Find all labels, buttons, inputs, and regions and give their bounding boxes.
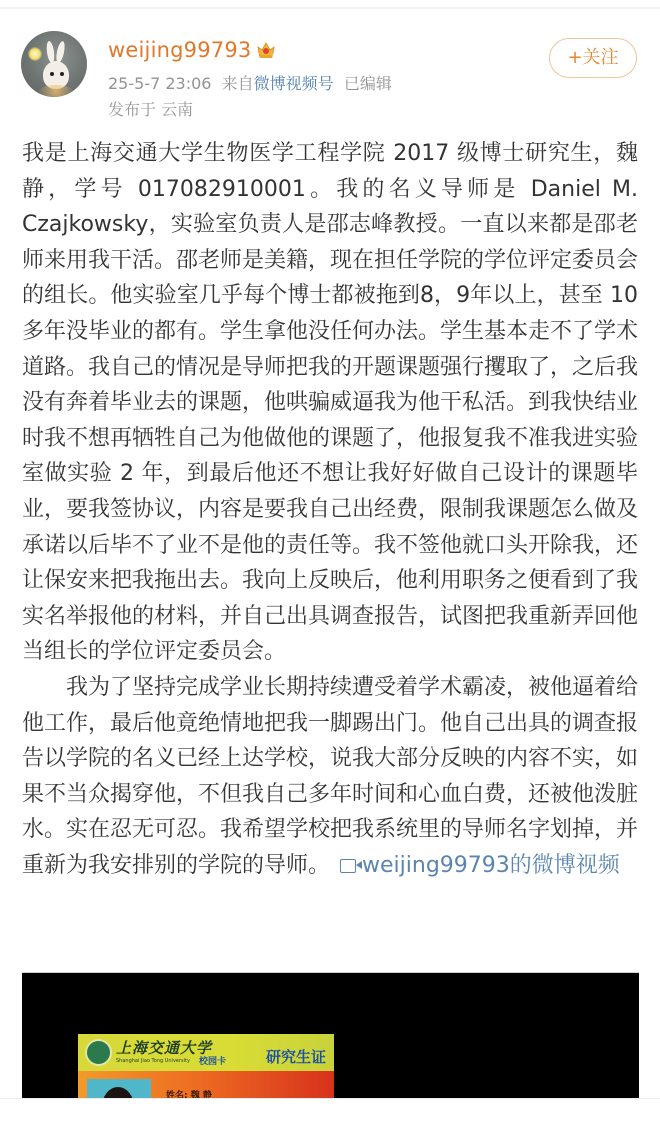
follow-button[interactable]: +关注 [549, 38, 637, 78]
svg-text:1: 1 [271, 54, 275, 60]
bottom-divider [0, 1098, 660, 1099]
post-timestamp: 25-5-7 23:06 [108, 74, 211, 93]
post-body: 我是上海交通大学生物医学工程学院 2017 级博士研究生，魏静，学号 01708… [22, 136, 638, 883]
card-type-label: 研究生证 [266, 1046, 326, 1067]
bunny-ear-left [46, 41, 56, 64]
post-header: weijing99793 1 25-5-7 23:06 来自微博视频号 已编辑 … [0, 0, 660, 125]
post-paragraph-1: 我是上海交通大学生物医学工程学院 2017 级博士研究生，魏静，学号 01708… [22, 136, 638, 670]
card-campus-label: 校园卡 [199, 1054, 226, 1067]
video-camera-icon [340, 859, 356, 873]
bunny-eye-left [50, 72, 54, 76]
bunny-eye-right [60, 72, 64, 76]
edited-label[interactable]: 已编辑 [344, 74, 392, 93]
post-paragraph-2: 我为了坚持完成学业长期持续遭受着学术霸凌，被他逼着给他工作，最后他竟绝情地把我一… [22, 670, 638, 884]
star-wand-icon [28, 47, 42, 61]
source-prefix: 来自 [222, 74, 254, 93]
author-avatar[interactable] [21, 31, 87, 97]
source-link[interactable]: 微博视频号 [254, 74, 334, 93]
university-seal-icon [85, 1039, 112, 1066]
student-id-card-image: 上海交通大学 Shanghai Jiao Tong University 校园卡… [78, 1034, 334, 1099]
card-university-en: Shanghai Jiao Tong University [116, 1058, 190, 1064]
card-photo [87, 1079, 151, 1099]
post-meta: 25-5-7 23:06 来自微博视频号 已编辑 [108, 73, 392, 95]
avatar-glow [39, 85, 73, 97]
video-link-label: weijing99793的微博视频 [362, 853, 620, 878]
card-university-cn: 上海交通大学 [116, 1037, 212, 1058]
video-player[interactable]: 上海交通大学 Shanghai Jiao Tong University 校园卡… [22, 972, 639, 1099]
video-link[interactable]: weijing99793的微博视频 [330, 853, 620, 878]
post-paragraph-2-text: 我为了坚持完成学业长期持续遭受着学术霸凌，被他逼着给他工作，最后他竟绝情地把我一… [22, 675, 638, 878]
post-location: 发布于 云南 [108, 99, 193, 121]
author-username[interactable]: weijing99793 [108, 36, 251, 64]
crown-vip-icon[interactable]: 1 [256, 40, 276, 60]
